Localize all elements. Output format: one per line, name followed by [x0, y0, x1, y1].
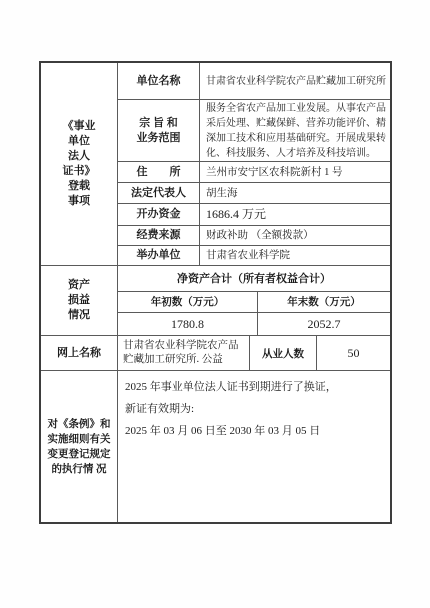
funding-source-value: 财政补助 （全额拨款） [200, 226, 390, 245]
registration-table: 《事业 单位 法人 证书》 登载 事项 单位名称 甘肃省农业科学院农产品贮藏加工… [39, 61, 392, 524]
compliance-section: 对《条例》和 实施细则有关 变更登记规定 的执行情 况 2025 年事业单位法人… [41, 370, 390, 522]
row-legal-representative: 法定代表人 胡生海 [118, 182, 390, 203]
year-end-label: 年末数（万元） [258, 292, 390, 313]
row-purpose-scope: 宗 旨 和 业务范围 服务全省农产品加工业发展。从事农产品采后处理、贮藏保鲜、营… [118, 99, 390, 161]
row-unit-name: 单位名称 甘肃省农业科学院农产品贮藏加工研究所 [118, 63, 390, 99]
address-label: 住 所 [118, 162, 200, 182]
purpose-scope-label: 宗 旨 和 业务范围 [118, 100, 200, 161]
certificate-section: 《事业 单位 法人 证书》 登载 事项 单位名称 甘肃省农业科学院农产品贮藏加工… [41, 63, 390, 265]
compliance-line-2: 新证有效期为: [125, 398, 382, 420]
certificate-section-side-label: 《事业 单位 法人 证书》 登载 事项 [41, 63, 118, 265]
assets-values: 1780.8 2052.7 [118, 312, 390, 335]
staff-count-label: 从业人数 [250, 336, 317, 370]
assets-rows: 净资产合计（所有者权益合计） 年初数（万元） 年末数（万元） 1780.8 20… [118, 266, 390, 335]
assets-section-side-label: 资产 损益 情况 [41, 266, 118, 335]
unit-name-value: 甘肃省农业科学院农产品贮藏加工研究所 [200, 63, 390, 99]
compliance-section-side-label: 对《条例》和 实施细则有关 变更登记规定 的执行情 况 [41, 371, 118, 522]
compliance-content: 2025 年事业单位法人证书到期进行了换证， 新证有效期为: 2025 年 03… [118, 371, 390, 522]
certificate-rows: 单位名称 甘肃省农业科学院农产品贮藏加工研究所 宗 旨 和 业务范围 服务全省农… [118, 63, 390, 265]
year-start-label: 年初数（万元） [118, 292, 258, 313]
address-value: 兰州市安宁区农科院新村 1 号 [200, 162, 390, 182]
row-address: 住 所 兰州市安宁区农科院新村 1 号 [118, 161, 390, 182]
online-name-section: 网上名称 甘肃省农业科学院农产品贮藏加工研究所. 公益 从业人数 50 [41, 335, 390, 370]
compliance-line-3: 2025 年 03 月 06 日至 2030 年 03 月 05 日 [125, 420, 382, 442]
assets-section: 资产 损益 情况 净资产合计（所有者权益合计） 年初数（万元） 年末数（万元） … [41, 265, 390, 335]
sponsor-unit-value: 甘肃省农业科学院 [200, 246, 390, 265]
scanned-document-page: 《事业 单位 法人 证书》 登载 事项 单位名称 甘肃省农业科学院农产品贮藏加工… [0, 0, 430, 608]
net-assets-header: 净资产合计（所有者权益合计） [118, 266, 390, 291]
legal-representative-label: 法定代表人 [118, 183, 200, 203]
purpose-scope-value: 服务全省农产品加工业发展。从事农产品采后处理、贮藏保鲜、营养功能评价、精深加工技… [200, 100, 390, 161]
staff-count-value: 50 [317, 336, 390, 370]
row-sponsor-unit: 举办单位 甘肃省农业科学院 [118, 245, 390, 265]
sponsor-unit-label: 举办单位 [118, 246, 200, 265]
opening-capital-value: 1686.4 万元 [200, 204, 390, 225]
funding-source-label: 经费来源 [118, 226, 200, 245]
compliance-line-1: 2025 年事业单位法人证书到期进行了换证， [125, 376, 382, 398]
online-name-value: 甘肃省农业科学院农产品贮藏加工研究所. 公益 [118, 336, 250, 370]
assets-column-labels: 年初数（万元） 年末数（万元） [118, 291, 390, 313]
opening-capital-label: 开办资金 [118, 204, 200, 225]
legal-representative-value: 胡生海 [200, 183, 390, 203]
online-name-label: 网上名称 [41, 336, 118, 370]
year-end-value: 2052.7 [258, 313, 390, 335]
row-funding-source: 经费来源 财政补助 （全额拨款） [118, 225, 390, 245]
year-start-value: 1780.8 [118, 313, 258, 335]
unit-name-label: 单位名称 [118, 63, 200, 99]
row-opening-capital: 开办资金 1686.4 万元 [118, 203, 390, 225]
